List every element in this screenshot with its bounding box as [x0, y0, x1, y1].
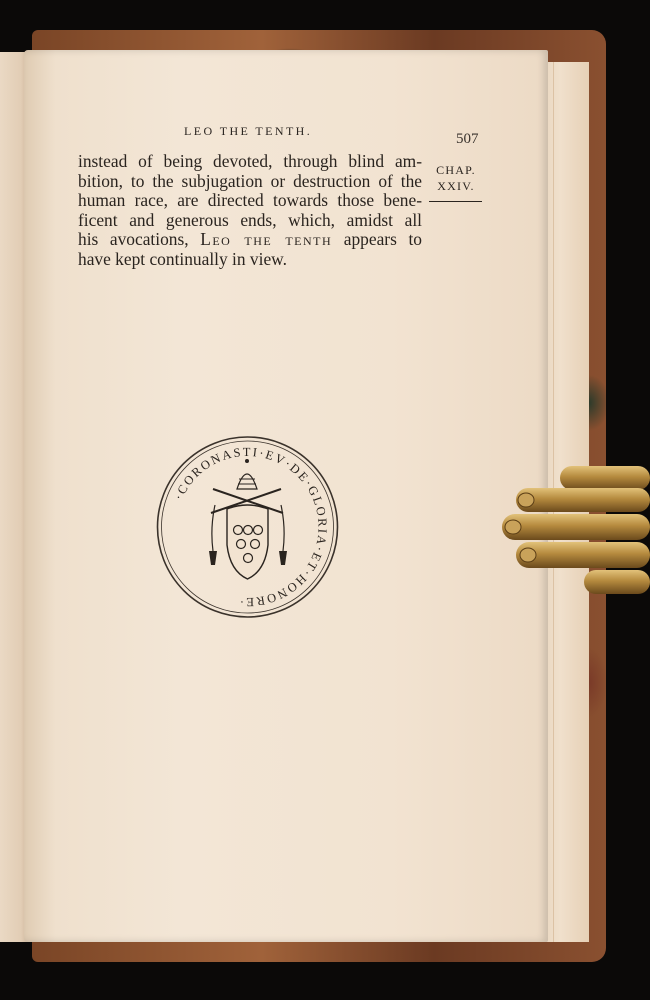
chapter-number: XXIV.: [430, 178, 482, 194]
body-text: instead of being devoted, through blind …: [78, 152, 422, 270]
page-number: 507: [456, 131, 479, 148]
body-line: have kept continually in view.: [78, 250, 422, 270]
body-line: ficent and generous ends, which, amidst …: [78, 211, 422, 231]
text-fragment: his avocations,: [78, 229, 200, 249]
brass-hand-page-holder-icon: [500, 462, 650, 602]
body-line: instead of being devoted, through blind …: [78, 152, 422, 172]
margin-rule: [429, 201, 482, 202]
body-line: bition, to the subjugation or destructio…: [78, 172, 422, 192]
body-line: human race, are directed towards those b…: [78, 191, 422, 211]
chapter-label: CHAP.: [430, 162, 482, 178]
small-caps-name: Leo the tenth: [200, 229, 332, 249]
papal-seal-icon: ·CORONASTI·EV·DE·GLORIA·ET·HONORE·: [155, 433, 340, 621]
running-head: LEO THE TENTH.: [184, 124, 312, 139]
chapter-margin-note: CHAP. XXIV.: [430, 162, 482, 194]
text-fragment: appears to: [332, 229, 422, 249]
body-line: his avocations, Leo the tenth appears to: [78, 230, 422, 250]
